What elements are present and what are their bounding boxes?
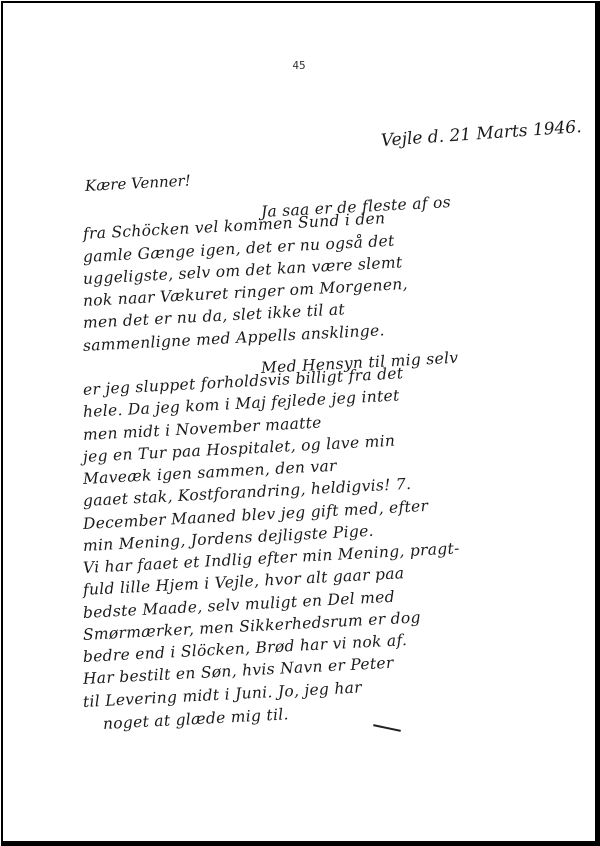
letter-page: 45 Vejle d. 21 Marts 1946. Kære Venner! … (1, 1, 600, 846)
date-line: Vejle d. 21 Marts 1946. (380, 117, 582, 151)
page-number: 45 (3, 59, 595, 72)
letter-line: noget at glæde mig til. (103, 705, 290, 733)
closing-flourish (373, 724, 401, 732)
salutation: Kære Venner! (85, 171, 192, 195)
